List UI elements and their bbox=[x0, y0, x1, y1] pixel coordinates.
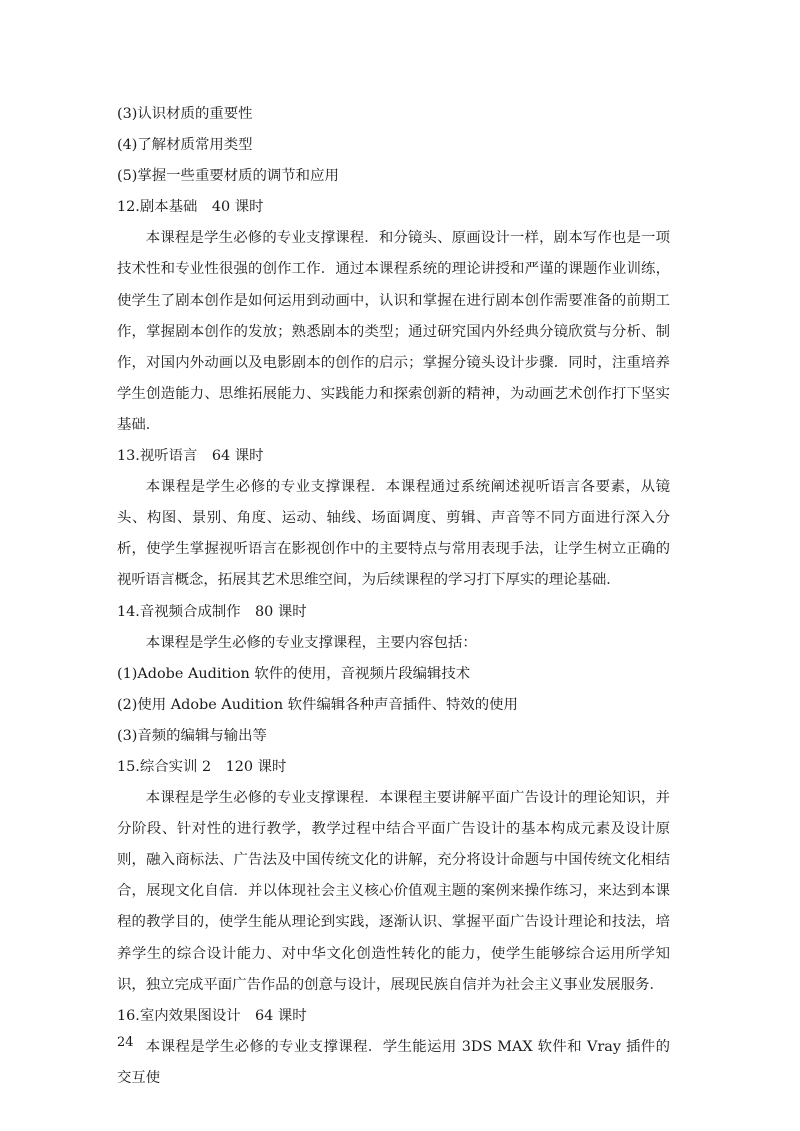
section-paragraph: 本课程是学生必修的专业支撑课程．和分镜头、原画设计一样，剧本写作也是一项技术性和… bbox=[117, 223, 670, 441]
list-item: (3)音频的编辑与输出等 bbox=[117, 721, 670, 752]
section-heading: 12.剧本基础 40 课时 bbox=[117, 192, 670, 223]
section-paragraph: 本课程是学生必修的专业支撑课程．学生能运用 3DS MAX 软件和 Vray 插… bbox=[117, 1032, 670, 1094]
document-page: (3)认识材质的重要性 (4)了解材质常用类型 (5)掌握一些重要材质的调节和应… bbox=[117, 99, 670, 1094]
section-paragraph: 本课程是学生必修的专业支撑课程．本课程通过系统阐述视听语言各要素，从镜头、构图、… bbox=[117, 472, 670, 596]
list-item: (4)了解材质常用类型 bbox=[117, 130, 670, 161]
section-paragraph: 本课程是学生必修的专业支撑课程，主要内容包括： bbox=[117, 628, 670, 659]
section-heading: 15.综合实训 2 120 课时 bbox=[117, 752, 670, 783]
list-item: (1)Adobe Audition 软件的使用，音视频片段编辑技术 bbox=[117, 659, 670, 690]
section-paragraph: 本课程是学生必修的专业支撑课程．本课程主要讲解平面广告设计的理论知识，并分阶段、… bbox=[117, 783, 670, 1001]
page-number: 24 bbox=[117, 1034, 134, 1052]
section-heading: 13.视听语言 64 课时 bbox=[117, 441, 670, 472]
list-item: (5)掌握一些重要材质的调节和应用 bbox=[117, 161, 670, 192]
list-item: (2)使用 Adobe Audition 软件编辑各种声音插件、特效的使用 bbox=[117, 690, 670, 721]
section-heading: 14.音视频合成制作 80 课时 bbox=[117, 597, 670, 628]
list-item: (3)认识材质的重要性 bbox=[117, 99, 670, 130]
section-heading: 16.室内效果图设计 64 课时 bbox=[117, 1001, 670, 1032]
